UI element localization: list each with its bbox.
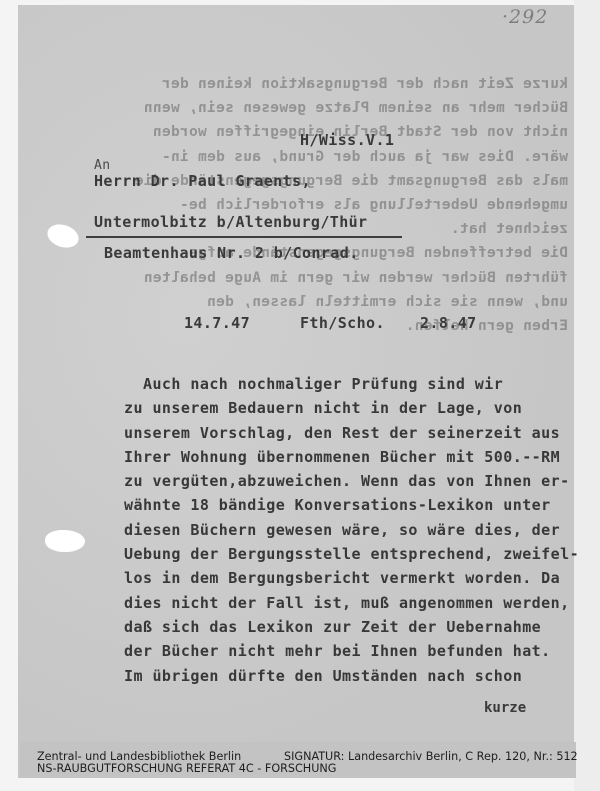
footer-department: NS-RAUBGUTFORSCHUNG REFERAT 4C - FORSCHU… (37, 762, 336, 775)
reference-code: H/Wiss.V.1 (300, 131, 394, 149)
body-line: daß sich das Lexikon zur Zeit der Uebern… (124, 615, 579, 639)
letter-body: Auch nach nochmaliger Prüfung sind wirzu… (124, 372, 579, 688)
bleed-through-line: kurze Zeit nach der Bergungsaktion keine… (48, 72, 568, 96)
recipient-address: Beamtenhaus Nr. 2 b/Conrad. (104, 244, 359, 262)
their-letter-date: 14.7.47 (184, 314, 250, 332)
salutation-prefix: An (94, 158, 110, 173)
body-line: dies nicht der Fall ist, muß angenommen … (124, 591, 579, 615)
body-line: los in dem Bergungsbericht vermerkt word… (124, 566, 579, 590)
body-line: unserem Vorschlag, den Rest der seinerze… (124, 421, 579, 445)
catchword: kurze (484, 700, 526, 716)
reference-initials: Fth/Scho. (300, 314, 385, 332)
archive-footer: Zentral- und Landesbibliothek Berlin SIG… (20, 742, 576, 778)
body-line: zu unserem Bedauern nicht in der Lage, v… (124, 396, 579, 420)
letter-date: 2.8.47 (420, 314, 477, 332)
body-line: wähnte 18 bändige Konversations-Lexikon … (124, 493, 579, 517)
recipient-name: Herrn Dr. Paul Graents, (94, 172, 311, 190)
address-underline (86, 236, 402, 238)
bleed-through-text: kurze Zeit nach der Bergungsaktion keine… (48, 72, 568, 338)
recipient-place: Untermolbitz b/Altenburg/Thür (94, 213, 368, 231)
body-line: Ihrer Wohnung übernommenen Bücher mit 50… (124, 445, 579, 469)
bleed-through-line: Bücher mehr an seinem Platze gewesen sei… (48, 96, 568, 120)
punch-hole-bottom (45, 530, 85, 552)
body-line: zu vergüten,abzuweichen. Wenn das von Ih… (124, 469, 579, 493)
body-line: diesen Büchern gewesen wäre, so wäre die… (124, 518, 579, 542)
archive-page-number: ·292 (502, 6, 548, 28)
bleed-through-line: und, wenn sie sich ermitteln lassen, den (48, 290, 568, 314)
body-line: Uebung der Bergungsstelle entsprechend, … (124, 542, 579, 566)
body-line: Auch nach nochmaliger Prüfung sind wir (124, 372, 579, 396)
body-line: Im übrigen dürfte den Umständen nach sch… (124, 664, 579, 688)
body-line: der Bücher nicht mehr bei Ihnen befunden… (124, 639, 579, 663)
bleed-through-line: führten Bücher werden wir gern im Auge b… (48, 266, 568, 290)
